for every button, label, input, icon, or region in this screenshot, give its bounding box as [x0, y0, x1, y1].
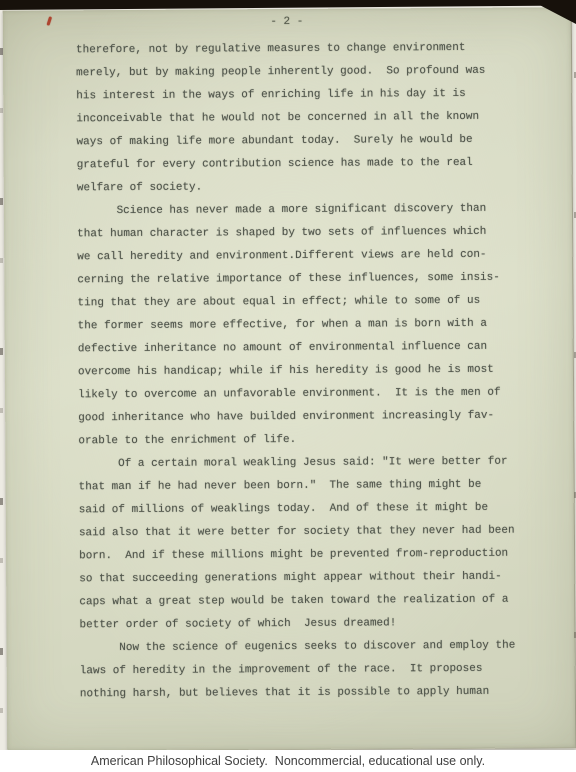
text-line: the former seems more effective, for whe… [78, 312, 550, 338]
text-line: cerning the relative importance of these… [77, 266, 549, 292]
text-line: we call heredity and environment.Differe… [77, 243, 549, 269]
text-line: Science has never made a more significan… [77, 197, 549, 223]
text-line: defective inheritance no amount of envir… [78, 335, 550, 361]
text-line: caps what a great step would be taken to… [79, 588, 551, 614]
text-line: said also that it were better for societ… [79, 519, 551, 545]
text-line: welfare of society. [77, 174, 549, 200]
scan-area: - 2 - therefore, not by regulative measu… [0, 0, 576, 750]
attribution-bar: American Philosophical Society. Noncomme… [0, 750, 576, 772]
text-line: better order of society of which Jesus d… [79, 611, 551, 637]
typed-text: therefore, not by regulative measures to… [76, 36, 552, 706]
paper-page: - 2 - therefore, not by regulative measu… [3, 7, 576, 750]
text-line: said of millions of weaklings today. And… [79, 496, 551, 522]
text-line: grateful for every contribution science … [77, 151, 549, 177]
text-line: ways of making life more abundant today.… [76, 128, 548, 154]
text-line: born. And if these millions might be pre… [79, 542, 551, 568]
text-line: laws of heredity in the improvement of t… [80, 657, 552, 683]
scanned-document-page: - 2 - therefore, not by regulative measu… [0, 0, 576, 772]
text-line: merely, but by making people inherently … [76, 59, 548, 85]
text-line: orable to the enrichment of life. [78, 427, 550, 453]
text-line: that human character is shaped by two se… [77, 220, 549, 246]
text-line: his interest in the ways of enriching li… [76, 82, 548, 108]
scan-left-edge-marks [0, 12, 3, 748]
text-line: so that succeeding generations might app… [79, 565, 551, 591]
text-line: overcome his handicap; while if his here… [78, 358, 550, 384]
text-line: ting that they are about equal in effect… [77, 289, 549, 315]
text-line: good inheritance who have builded enviro… [78, 404, 550, 430]
attribution-text: American Philosophical Society. Noncomme… [91, 754, 485, 768]
text-line: Now the science of eugenics seeks to dis… [80, 634, 552, 660]
text-line: that man if he had never been born." The… [79, 473, 551, 499]
text-line: therefore, not by regulative measures to… [76, 36, 548, 62]
text-line: likely to overcome an unfavorable enviro… [78, 381, 550, 407]
text-line: Of a certain moral weakling Jesus said: … [78, 450, 550, 476]
text-line: inconceivable that he would not be conce… [76, 105, 548, 131]
page-number: - 2 - [3, 14, 571, 29]
text-line: nothing harsh, but believes that it is p… [80, 680, 552, 706]
